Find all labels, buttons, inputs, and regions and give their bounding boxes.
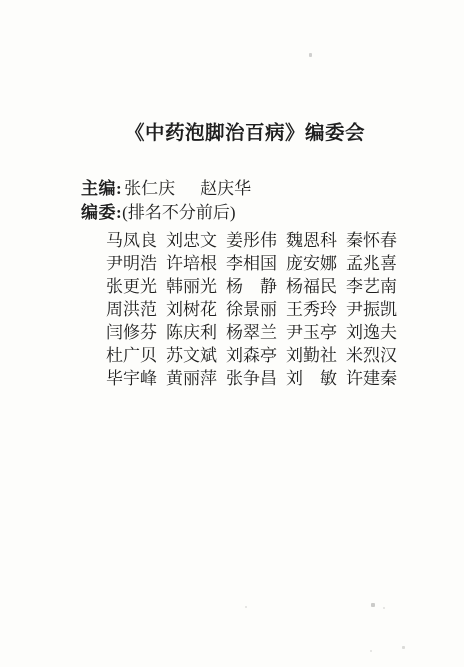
- committee-member-name: 秦怀春: [346, 229, 406, 252]
- scan-speck: [245, 606, 247, 608]
- committee-row: 尹明浩许培根李相国庞安娜孟兆喜: [106, 252, 464, 275]
- committee-row: 马凤良刘忠文姜彤伟魏恩科秦怀春: [106, 229, 464, 252]
- committee-row: 张更光韩丽光杨 静杨福民李艺南: [106, 275, 464, 298]
- committee-member-name: 周洪范: [106, 298, 166, 321]
- scan-speck: [383, 607, 385, 609]
- committee-member-name: 黄丽萍: [166, 367, 226, 390]
- committee-member-name: 闫修芬: [106, 321, 166, 344]
- committee-row: 杜广贝苏文斌刘森亭刘勤社米烈汉: [106, 344, 464, 367]
- committee-member-name: 尹玉亭: [286, 321, 346, 344]
- committee-member-name: 杨 静: [226, 275, 286, 298]
- page-title: 《中药泡脚治百病》编委会: [0, 0, 464, 146]
- committee-member-name: 许培根: [166, 252, 226, 275]
- committee-member-name: 毕宇峰: [106, 367, 166, 390]
- chief-editor-line: 主编:张仁庆赵庆华: [81, 177, 464, 201]
- committee-member-name: 杨福民: [286, 275, 346, 298]
- committee-member-name: 徐景丽: [226, 298, 286, 321]
- scan-speck: [370, 650, 372, 652]
- committee-member-name: 刘树花: [166, 298, 226, 321]
- committee-member-name: 庞安娜: [286, 252, 346, 275]
- committee-note: (排名不分前后): [122, 203, 235, 222]
- scan-speck: [309, 53, 312, 57]
- editors-block: 主编:张仁庆赵庆华 编委:(排名不分前后): [81, 177, 464, 225]
- committee-member-name: 姜彤伟: [226, 229, 286, 252]
- committee-member-name: 尹明浩: [106, 252, 166, 275]
- committee-grid: 马凤良刘忠文姜彤伟魏恩科秦怀春尹明浩许培根李相国庞安娜孟兆喜张更光韩丽光杨 静杨…: [106, 229, 464, 390]
- committee-member-name: 张更光: [106, 275, 166, 298]
- committee-member-name: 韩丽光: [166, 275, 226, 298]
- committee-member-name: 刘勤社: [286, 344, 346, 367]
- scan-speck: [402, 646, 405, 649]
- committee-member-name: 尹振凯: [346, 298, 406, 321]
- committee-member-name: 苏文斌: [166, 344, 226, 367]
- chief-editor-name-1: 张仁庆: [124, 179, 175, 198]
- committee-member-name: 刘忠文: [166, 229, 226, 252]
- committee-member-name: 王秀玲: [286, 298, 346, 321]
- committee-line: 编委:(排名不分前后): [81, 201, 464, 225]
- committee-member-name: 刘 敏: [286, 367, 346, 390]
- committee-member-name: 刘逸夫: [346, 321, 406, 344]
- committee-member-name: 许建秦: [346, 367, 406, 390]
- committee-member-name: 李艺南: [346, 275, 406, 298]
- committee-member-name: 米烈汉: [346, 344, 406, 367]
- committee-member-name: 陈庆利: [166, 321, 226, 344]
- committee-member-name: 孟兆喜: [346, 252, 406, 275]
- committee-member-name: 魏恩科: [286, 229, 346, 252]
- committee-member-name: 刘森亭: [226, 344, 286, 367]
- committee-row: 周洪范刘树花徐景丽王秀玲尹振凯: [106, 298, 464, 321]
- scan-speck: [371, 603, 375, 607]
- committee-row: 毕宇峰黄丽萍张争昌刘 敏许建秦: [106, 367, 464, 390]
- committee-member-name: 杜广贝: [106, 344, 166, 367]
- committee-label: 编委:: [81, 203, 122, 222]
- committee-member-name: 杨翠兰: [226, 321, 286, 344]
- chief-editor-label: 主编:: [81, 179, 122, 198]
- book-page: 《中药泡脚治百病》编委会 主编:张仁庆赵庆华 编委:(排名不分前后) 马凤良刘忠…: [0, 0, 464, 667]
- chief-editor-name-2: 赵庆华: [200, 179, 251, 198]
- committee-row: 闫修芬陈庆利杨翠兰尹玉亭刘逸夫: [106, 321, 464, 344]
- committee-member-name: 马凤良: [106, 229, 166, 252]
- committee-member-name: 张争昌: [226, 367, 286, 390]
- committee-member-name: 李相国: [226, 252, 286, 275]
